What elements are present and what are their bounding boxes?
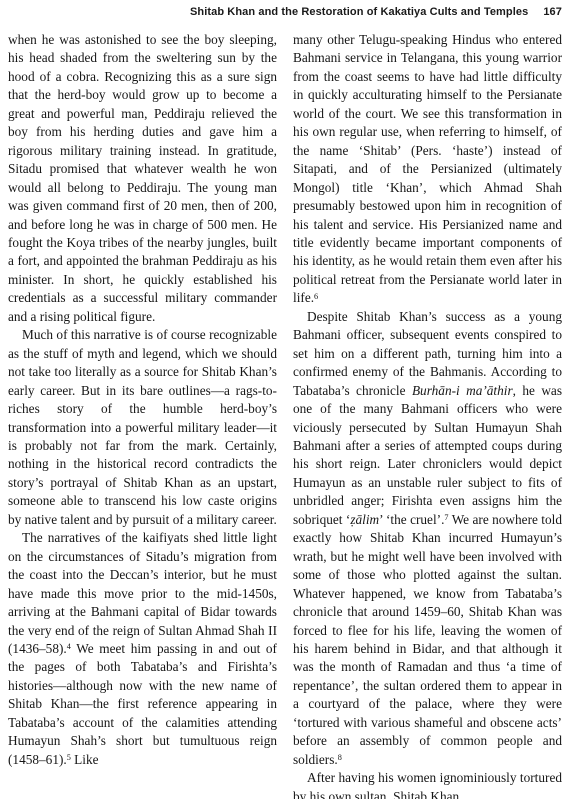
text-run: , he was one of the many Bahmani officer… bbox=[293, 383, 562, 527]
paragraph: Despite Shitab Khan’s success as a young… bbox=[293, 308, 562, 769]
text-run: many other Telugu-speaking Hindus who en… bbox=[293, 32, 562, 305]
text-run: The narratives of the kaifiyats shed lit… bbox=[8, 530, 277, 656]
page-header: Shitab Khan and the Restoration of Kakat… bbox=[8, 6, 562, 18]
paragraph: Much of this narrative is of course reco… bbox=[8, 326, 277, 529]
right-column: many other Telugu-speaking Hindus who en… bbox=[293, 31, 562, 799]
text-run: We are nowhere told exactly how Shitab K… bbox=[293, 512, 562, 767]
text-run: Much of this narrative is of course reco… bbox=[8, 327, 277, 527]
book-page: Shitab Khan and the Restoration of Kakat… bbox=[0, 0, 569, 799]
running-head: Shitab Khan and the Restoration of Kakat… bbox=[190, 6, 528, 18]
text-run: After having his women ignominiously tor… bbox=[293, 770, 562, 799]
footnote-reference: 8 bbox=[338, 753, 342, 762]
text-columns: when he was astonished to see the boy sl… bbox=[8, 31, 562, 799]
paragraph: many other Telugu-speaking Hindus who en… bbox=[293, 31, 562, 308]
footnote-reference: 4 bbox=[67, 642, 71, 651]
footnote-reference: 5 bbox=[67, 753, 71, 762]
paragraph: when he was astonished to see the boy sl… bbox=[8, 31, 277, 326]
paragraph: After having his women ignominiously tor… bbox=[293, 769, 562, 799]
paragraph: The narratives of the kaifiyats shed lit… bbox=[8, 529, 277, 769]
left-column: when he was astonished to see the boy sl… bbox=[8, 31, 277, 799]
footnote-reference: 6 bbox=[314, 292, 318, 301]
text-run: ẓālim bbox=[350, 512, 379, 527]
page-number: 167 bbox=[543, 6, 562, 18]
text-run: Burhān-i ma’āthir bbox=[412, 383, 513, 398]
text-run: when he was astonished to see the boy sl… bbox=[8, 32, 277, 324]
text-run: We meet him passing in and out of the pa… bbox=[8, 641, 277, 767]
text-run: ’ ‘the cruel’. bbox=[379, 512, 444, 527]
footnote-reference: 7 bbox=[444, 513, 448, 522]
text-run: Like bbox=[71, 752, 99, 767]
